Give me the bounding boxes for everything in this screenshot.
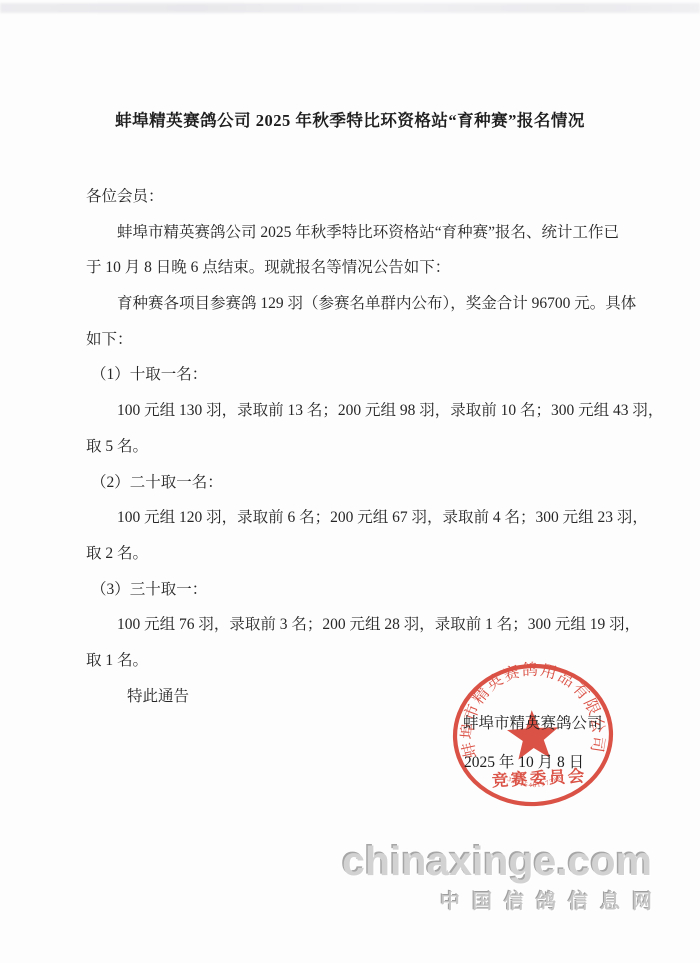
scan-artifact-band [0, 3, 700, 13]
item3-heading: （3）三十取一： [86, 572, 662, 608]
item1-heading: （1）十取一名： [86, 357, 662, 393]
scanned-document-page: 蚌埠精英赛鸽公司 2025 年秋季特比环资格站“育种赛”报名情况 各位会员： 蚌… [0, 0, 700, 963]
item3-line: 100 元组 76 羽，录取前 3 名；200 元组 28 羽，录取前 1 名；… [86, 607, 662, 643]
paragraph-line: 如下： [86, 322, 662, 358]
item2-heading: （2）二十取一名： [86, 465, 662, 501]
paragraph-line: 育种赛各项目参赛鸽 129 羽（参赛名单群内公布），奖金合计 96700 元。具… [86, 286, 662, 322]
signature-company: 蚌埠市精英赛鸽公司 [463, 711, 603, 733]
document-body: 各位会员： 蚌埠市精英赛鸽公司 2025 年秋季特比环资格站“育种赛”报名、统计… [86, 179, 662, 714]
paragraph-line: 于 10 月 8 日晚 6 点结束。现就报名等情况公告如下： [86, 250, 662, 286]
item2-line: 取 2 名。 [86, 536, 662, 572]
watermark-site-name-text: 中国信鸽信息网 [342, 885, 664, 914]
item1-line: 100 元组 130 羽，录取前 13 名；200 元组 98 羽，录取前 10… [86, 393, 662, 429]
document-title: 蚌埠精英赛鸽公司 2025 年秋季特比环资格站“育种赛”报名情况 [0, 107, 700, 131]
paragraph-line: 蚌埠市精英赛鸽公司 2025 年秋季特比环资格站“育种赛”报名、统计工作已 [86, 215, 662, 251]
signature-date: 2025 年 10 月 8 日 [464, 750, 584, 772]
item1-line: 取 5 名。 [86, 429, 662, 465]
watermark-domain-text: chinaxinge.com [342, 841, 652, 881]
site-watermark: chinaxinge.com 中国信鸽信息网 [342, 841, 652, 914]
salutation-line: 各位会员： [86, 179, 662, 215]
item2-line: 100 元组 120 羽，录取前 6 名；200 元组 67 羽，录取前 4 名… [86, 500, 662, 536]
company-seal-stamp: 蚌埠市精英赛鸽用品有限公司 竞赛委员会 3481646197388 [445, 656, 623, 815]
